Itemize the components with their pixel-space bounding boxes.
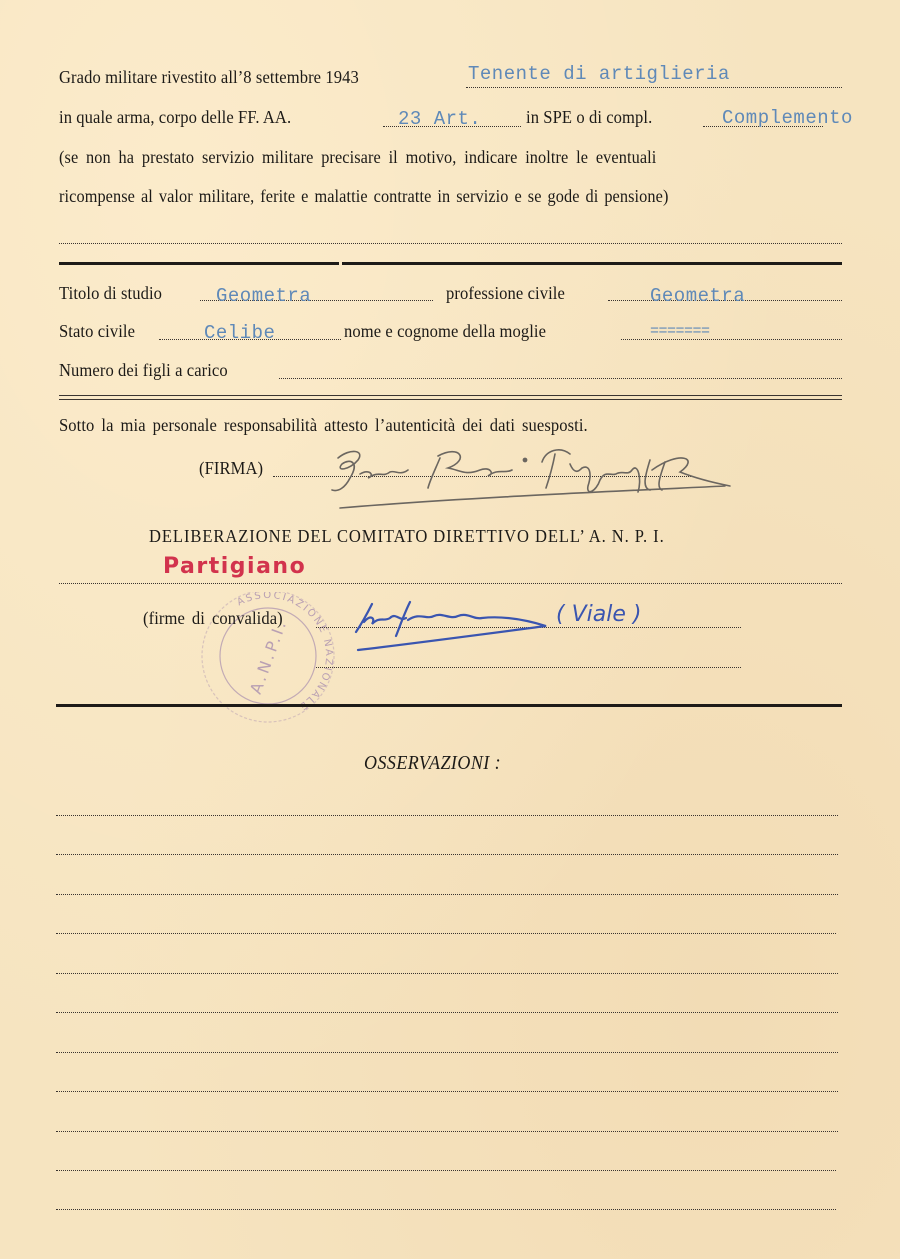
observation-line-1[interactable] (56, 815, 838, 816)
profession-value[interactable]: Geometra (650, 286, 745, 306)
observation-line-9[interactable] (56, 1131, 838, 1132)
observation-line-6[interactable] (56, 1012, 838, 1013)
spe-value[interactable]: Complemento (722, 108, 853, 128)
observation-line-8[interactable] (56, 1091, 838, 1092)
observation-line-4[interactable] (56, 933, 836, 934)
spe-label: in SPE o di compl. (526, 107, 652, 127)
observation-line-11[interactable] (56, 1209, 836, 1210)
military-note-line1: (se non ha prestato servizio militare pr… (59, 147, 656, 167)
deliberation-heading: DELIBERAZIONE DEL COMITATO DIRETTIVO DEL… (149, 526, 665, 547)
wife-label: nome e cognome della moglie (344, 321, 546, 341)
study-value[interactable]: Geometra (216, 286, 311, 306)
validation-note: ( Viale ) (556, 602, 641, 627)
validation-field-line-2 (316, 667, 741, 668)
observation-line-10[interactable] (56, 1170, 836, 1171)
military-note-line2: ricompense al valor militare, ferite e m… (59, 186, 668, 206)
deliberation-bottom-rule (56, 704, 842, 707)
section-rule-right (342, 262, 842, 265)
decision-field-line (59, 583, 842, 584)
rank-label: Grado militare rivestito all’8 settembre… (59, 67, 359, 87)
signature-label: (FIRMA) (199, 458, 263, 478)
validation-label: (firme di convalida) (143, 608, 283, 628)
study-label: Titolo di studio (59, 283, 162, 303)
marital-label: Stato civile (59, 321, 135, 341)
profession-label: professione civile (446, 283, 565, 303)
section-double-rule (59, 395, 842, 400)
rank-value[interactable]: Tenente di artiglieria (468, 64, 730, 84)
military-note-field-line[interactable] (59, 243, 842, 244)
children-field-line[interactable] (279, 378, 842, 379)
observation-line-5[interactable] (56, 973, 838, 974)
observation-line-3[interactable] (56, 894, 838, 895)
attestation-text: Sotto la mia personale responsabilità at… (59, 415, 588, 435)
corps-value[interactable]: 23 Art. (398, 109, 481, 129)
section-rule-left (59, 262, 339, 265)
marital-value[interactable]: Celibe (204, 323, 275, 343)
observation-line-2[interactable] (56, 854, 838, 855)
observations-heading: OSSERVAZIONI : (364, 752, 501, 775)
corps-label: in quale arma, corpo delle FF. AA. (59, 107, 291, 127)
wife-value[interactable]: ======= (650, 322, 710, 342)
rank-field-line (466, 87, 842, 88)
decision-stamp: Partigiano (163, 554, 306, 579)
handwritten-signature-icon (320, 440, 740, 510)
observation-line-7[interactable] (56, 1052, 838, 1053)
children-label: Numero dei figli a carico (59, 360, 228, 380)
